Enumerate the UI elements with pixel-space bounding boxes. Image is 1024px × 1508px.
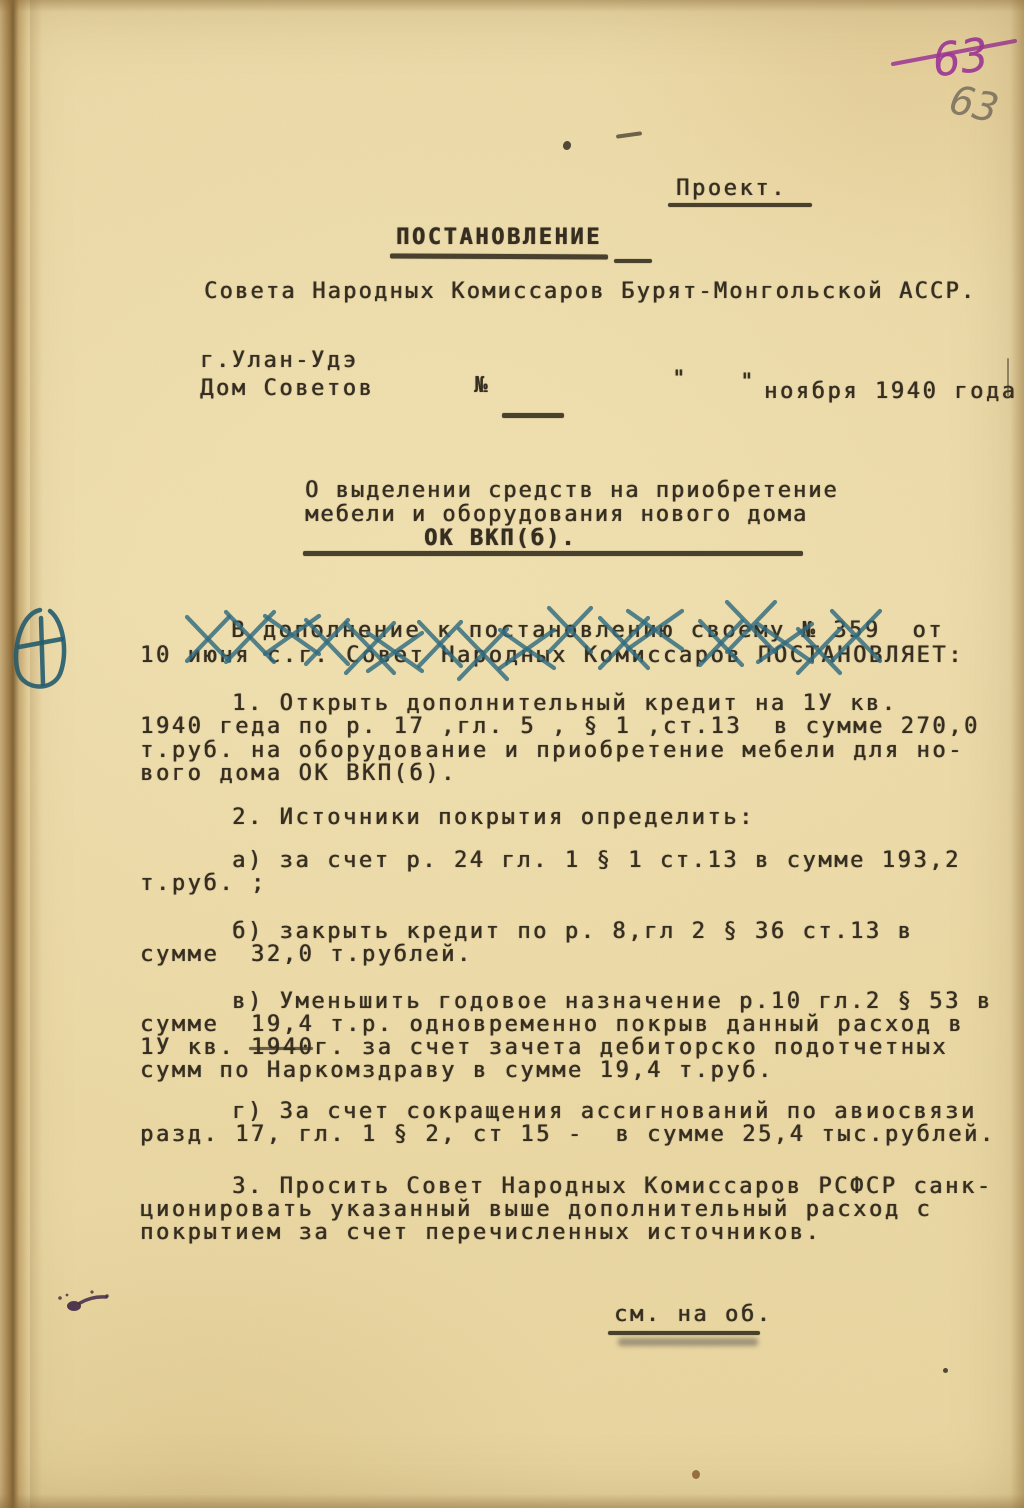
item2-heading: 2. Источники покрытия определить: (232, 806, 755, 830)
number-sign: № (474, 374, 490, 398)
title-underline-dash (614, 259, 652, 263)
subject-underline (303, 551, 803, 556)
item1-line-2: 1940 геда по р. 17 ,гл. 5 , § 1 ,ст.13 в… (140, 715, 980, 739)
brown-stain-dot (692, 1470, 700, 1479)
building-line: Дом Советов (200, 377, 374, 401)
item3-line-2: ционировать указанный выше дополнительны… (140, 1198, 932, 1222)
page-top-edge (0, 0, 1024, 12)
page-crease (30, 0, 42, 1508)
item1-line-3: т.руб. на оборудование и приобретение ме… (140, 739, 964, 763)
doc-title: ПОСТАНОВЛЕНИЕ (396, 226, 602, 250)
date-line: ноября 1940 года (764, 380, 1018, 404)
draft-label: Проект. (676, 177, 787, 201)
item2g-line-1: г) За счет сокращения ассигнований по ав… (232, 1100, 977, 1124)
item3-line-1: 3. Просить Совет Народных Комиссаров РСФ… (232, 1175, 993, 1199)
item2v-line-2: сумме 19,4 т.р. одновременно покрыв данн… (140, 1013, 964, 1037)
item2a-line-2: т.руб. ; (140, 872, 267, 896)
draft-underline (668, 203, 812, 207)
item2b-line-2: сумме 32,0 т.рублей. (140, 943, 473, 967)
item2g-line-2: разд. 17, гл. 1 § 2, ст 15 - в сумме 25,… (140, 1123, 996, 1147)
page-right-edge (1010, 0, 1024, 1508)
item2v-line-4: сумм по Наркомздраву в сумме 19,4 т.руб. (140, 1059, 774, 1083)
date-quote-open: " (672, 368, 688, 392)
see-overleaf-note: см. на об. (614, 1303, 772, 1327)
number-blank-underline (502, 413, 564, 418)
item3-line-3: покрытием за счет перечисленных источник… (140, 1221, 821, 1245)
item1-line-4: вого дома ОК ВКП(б). (140, 762, 457, 786)
item2b-line-1: б) закрыть кредит по р. 8,гл 2 § 36 ст.1… (232, 920, 913, 944)
overstrike-1940 (249, 1047, 313, 1050)
city-line: г.Улан-Удэ (200, 349, 358, 373)
dark-dot (943, 1368, 948, 1373)
note-underline (608, 1331, 760, 1335)
subject-line-3: ОК ВКП(б). (424, 527, 576, 551)
preamble-line-1: В дополнение к постановлению своему № 35… (231, 619, 944, 643)
item2v-line-1: в) Уменьшить годовое назначение р.10 гл.… (232, 990, 993, 1014)
preamble-line-2: 10 июня с.г. Совет Народных Комиссаров П… (140, 644, 964, 668)
subject-line-1: О выделении средств на приобретение (305, 479, 839, 503)
item1-line-1: 1. Открыть дополнительный кредит на 1У к… (232, 692, 898, 716)
edge-pen-mark (1007, 358, 1009, 396)
item2a-line-1: а) за счет р. 24 гл. 1 § 1 ст.13 в сумме… (232, 849, 961, 873)
issuer-line: Совета Народных Комиссаров Бурят-Монголь… (204, 280, 976, 304)
subject-line-2: мебели и оборудования нового дома (305, 503, 808, 527)
date-quote-close: " (740, 371, 756, 395)
page-bottom-edge (0, 1494, 1024, 1508)
scanner-smudge (618, 1338, 758, 1346)
